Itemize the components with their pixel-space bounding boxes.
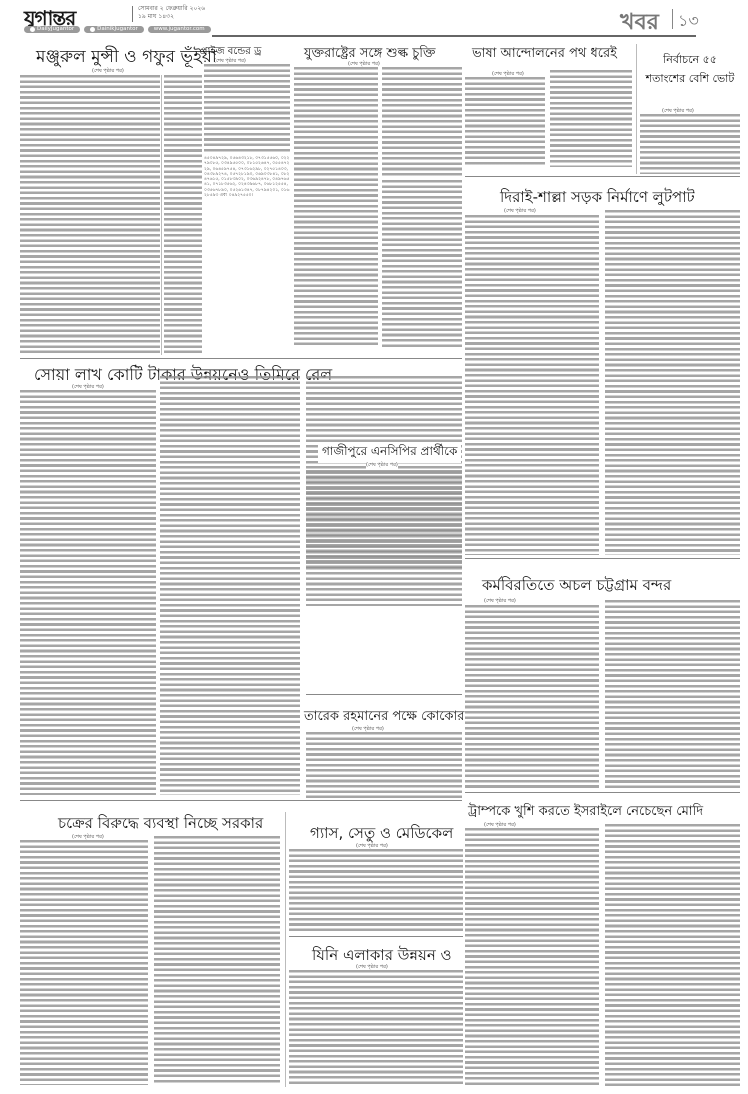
article-body-us-tariff — [294, 67, 378, 347]
headline-language-movement: ভাষা আন্দোলনের পথ ধরেই — [472, 44, 617, 65]
article-body-monjurul-col2 — [164, 75, 202, 355]
social-label: DailyJugantor — [37, 26, 74, 33]
section-rule — [306, 694, 462, 695]
section-rule — [20, 800, 462, 801]
column-rule — [285, 812, 286, 1087]
article-body-gas — [289, 849, 463, 934]
date-divider — [132, 6, 133, 22]
headline-tarek: তারেক রহমানের পক্ষে কোকোর — [304, 707, 464, 728]
article-body-ctg — [465, 605, 599, 790]
prize-bond-numbers: ৪৫০৪৯৭২৯, ০৫৬৪৩২১৮, ০৭৩১৫৫৬০, ০২২৭৯০৮৫, … — [204, 156, 290, 352]
article-body-dirai — [465, 215, 599, 555]
article-body-election — [640, 114, 740, 174]
article-body-us-tariff-col2 — [382, 67, 462, 177]
article-body-dirai-col2 — [605, 210, 740, 555]
headline-monjurul: মঞ্জুরুল মুন্সী ও গফুর ভূঁইয়া — [36, 44, 217, 72]
facebook-icon — [90, 27, 95, 32]
article-body-gazipur-col0 — [306, 470, 462, 570]
x-twitter-icon — [30, 27, 35, 32]
section-rule — [465, 792, 740, 793]
social-link-web[interactable]: www.jugantor.com — [148, 26, 211, 33]
article-body-language-col2 — [550, 70, 632, 167]
continued-label: (শেষ পৃষ্ঠার পর) — [366, 462, 398, 470]
headline-gazipur-ncp: গাজীপুরে এনসিপির প্রার্থীকে — [318, 443, 461, 463]
article-body-prize-bond — [204, 64, 290, 154]
article-body-syndicate-col2 — [154, 836, 280, 1085]
column-rule — [161, 75, 162, 355]
headline-text: নির্বাচনে ৫৫ শতাংশের বেশি ভোট — [646, 53, 735, 85]
social-link-x[interactable]: DailyJugantor — [24, 26, 80, 33]
article-body-us-tariff-col3 — [382, 180, 462, 347]
social-links: DailyJugantor DainikJugantor www.juganto… — [24, 26, 211, 33]
headline-ctg-port: কর্মবিরতিতে অচল চট্টগ্রাম বন্দর — [482, 574, 671, 599]
headline-trump-modi: ট্রাম্পকে খুশি করতে ইসরাইলে নেচেছেন মোদি — [468, 802, 703, 823]
page-number: ১৩ — [678, 8, 699, 35]
section-rule — [465, 176, 740, 177]
social-label: www.jugantor.com — [154, 26, 205, 33]
section-rule — [289, 936, 463, 937]
article-body-trump — [465, 828, 599, 1086]
social-label: DainikJugantor — [97, 26, 138, 33]
article-body-tarek — [306, 732, 462, 798]
article-body-ctg-col2 — [605, 600, 740, 790]
article-body-language — [465, 77, 545, 167]
article-body-rail — [20, 390, 156, 795]
headline-election-55: নির্বাচনে ৫৫ শতাংশের বেশি ভোট — [642, 50, 738, 88]
section-rule — [465, 558, 740, 559]
article-body-monjurul — [20, 75, 160, 355]
social-link-facebook[interactable]: DainikJugantor — [84, 26, 144, 33]
article-body-area — [289, 970, 463, 1086]
date-bangla: ১৯ মাঘ ১৪৩২ — [138, 13, 205, 21]
article-body-rail-col2 — [160, 376, 300, 795]
issue-date: সোমবার ২ ফেব্রুয়ারি ২০২৬ ১৯ মাঘ ১৪৩২ — [138, 5, 205, 21]
article-body-syndicate — [20, 840, 148, 1085]
section-rule — [20, 358, 462, 359]
date-gregorian: সোমবার ২ ফেব্রুয়ারি ২০২৬ — [138, 5, 205, 13]
section-title: খবর — [620, 5, 659, 42]
column-rule — [636, 44, 637, 174]
masthead: যুগান্তর সোমবার ২ ফেব্রুয়ারি ২০২৬ ১৯ মা… — [0, 0, 748, 38]
article-body-trump-col2 — [605, 824, 740, 1086]
page-divider — [672, 9, 673, 29]
